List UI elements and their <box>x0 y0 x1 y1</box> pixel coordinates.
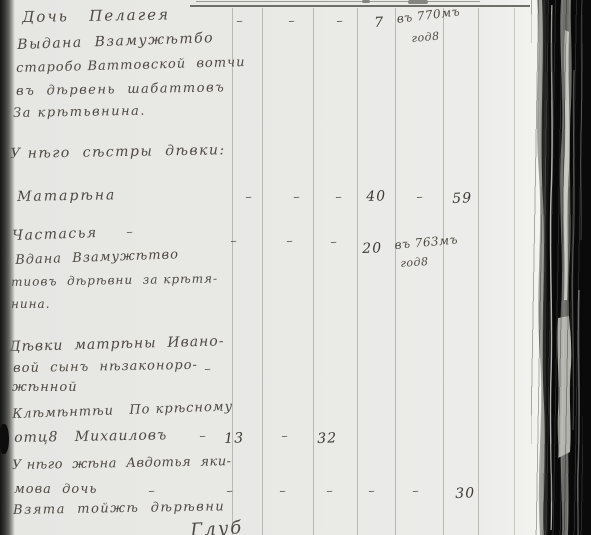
manuscript-page: Дочь ПелагеяВыдана Взамужѣтбостаробо Ват… <box>0 0 591 535</box>
column-rule <box>395 8 396 535</box>
age-value: 30 <box>455 485 475 502</box>
column-rule <box>514 8 515 535</box>
column-rule <box>478 8 479 535</box>
ditto-dash: – <box>412 485 419 500</box>
column-rule <box>357 8 358 535</box>
ditto-dash: – <box>336 15 343 30</box>
year-note: год8 <box>411 31 440 46</box>
ditto-dash: – <box>335 191 342 206</box>
age-value: 59 <box>452 190 472 207</box>
edge-wisp-light <box>550 5 552 530</box>
header-rule-primary <box>190 5 530 7</box>
ditto-dash: – <box>368 485 375 500</box>
cut-glyph-remnant <box>362 0 370 3</box>
column-rule <box>262 8 263 535</box>
ditto-dash: – <box>204 363 211 378</box>
ditto-dash: – <box>199 430 206 445</box>
left-edge-notch <box>0 424 9 454</box>
age-value: 32 <box>317 430 337 447</box>
cut-glyph-remnant <box>408 0 428 4</box>
handwritten-line: Матарѣна <box>17 187 116 205</box>
column-rule <box>443 8 444 535</box>
handwritten-line: нина. <box>11 298 51 312</box>
ditto-dash: – <box>288 15 295 30</box>
ditto-dash: – <box>416 191 423 206</box>
age-value: 13 <box>224 430 244 447</box>
handwritten-line: Глуб <box>190 518 244 535</box>
handwritten-line: отц8 Михаиловъ <box>14 427 167 446</box>
ditto-dash: – <box>148 485 155 500</box>
ditto-dash: – <box>286 235 293 250</box>
column-rule <box>313 8 314 535</box>
header-rule-secondary <box>196 1 480 2</box>
age-value: 7 <box>374 15 384 31</box>
age-value: 40 <box>366 188 386 205</box>
handwritten-line: За крѣтьвнина. <box>13 105 146 122</box>
book-edge-texture <box>527 0 591 535</box>
ditto-dash: – <box>281 430 288 445</box>
ditto-dash: – <box>126 226 133 241</box>
column-rule <box>232 8 233 535</box>
left-scan-edge <box>0 0 15 535</box>
handwritten-line: мова дочь <box>14 483 97 498</box>
ditto-dash: – <box>279 485 286 500</box>
edge-light-patch <box>557 316 571 458</box>
paper <box>0 0 546 535</box>
ditto-dash: – <box>326 485 333 500</box>
ditto-dash: – <box>226 485 233 500</box>
ditto-dash: – <box>236 15 243 30</box>
year-note: год8 <box>400 256 429 271</box>
ditto-dash: – <box>230 235 237 250</box>
ditto-dash: – <box>245 191 252 206</box>
handwritten-line: Частасья <box>12 225 98 244</box>
ditto-dash: – <box>293 191 300 206</box>
handwritten-line: жѣнной <box>12 381 78 396</box>
handwritten-line: Дочь Пелагея <box>22 6 170 26</box>
age-value: 20 <box>362 240 382 257</box>
ditto-dash: – <box>330 236 337 251</box>
